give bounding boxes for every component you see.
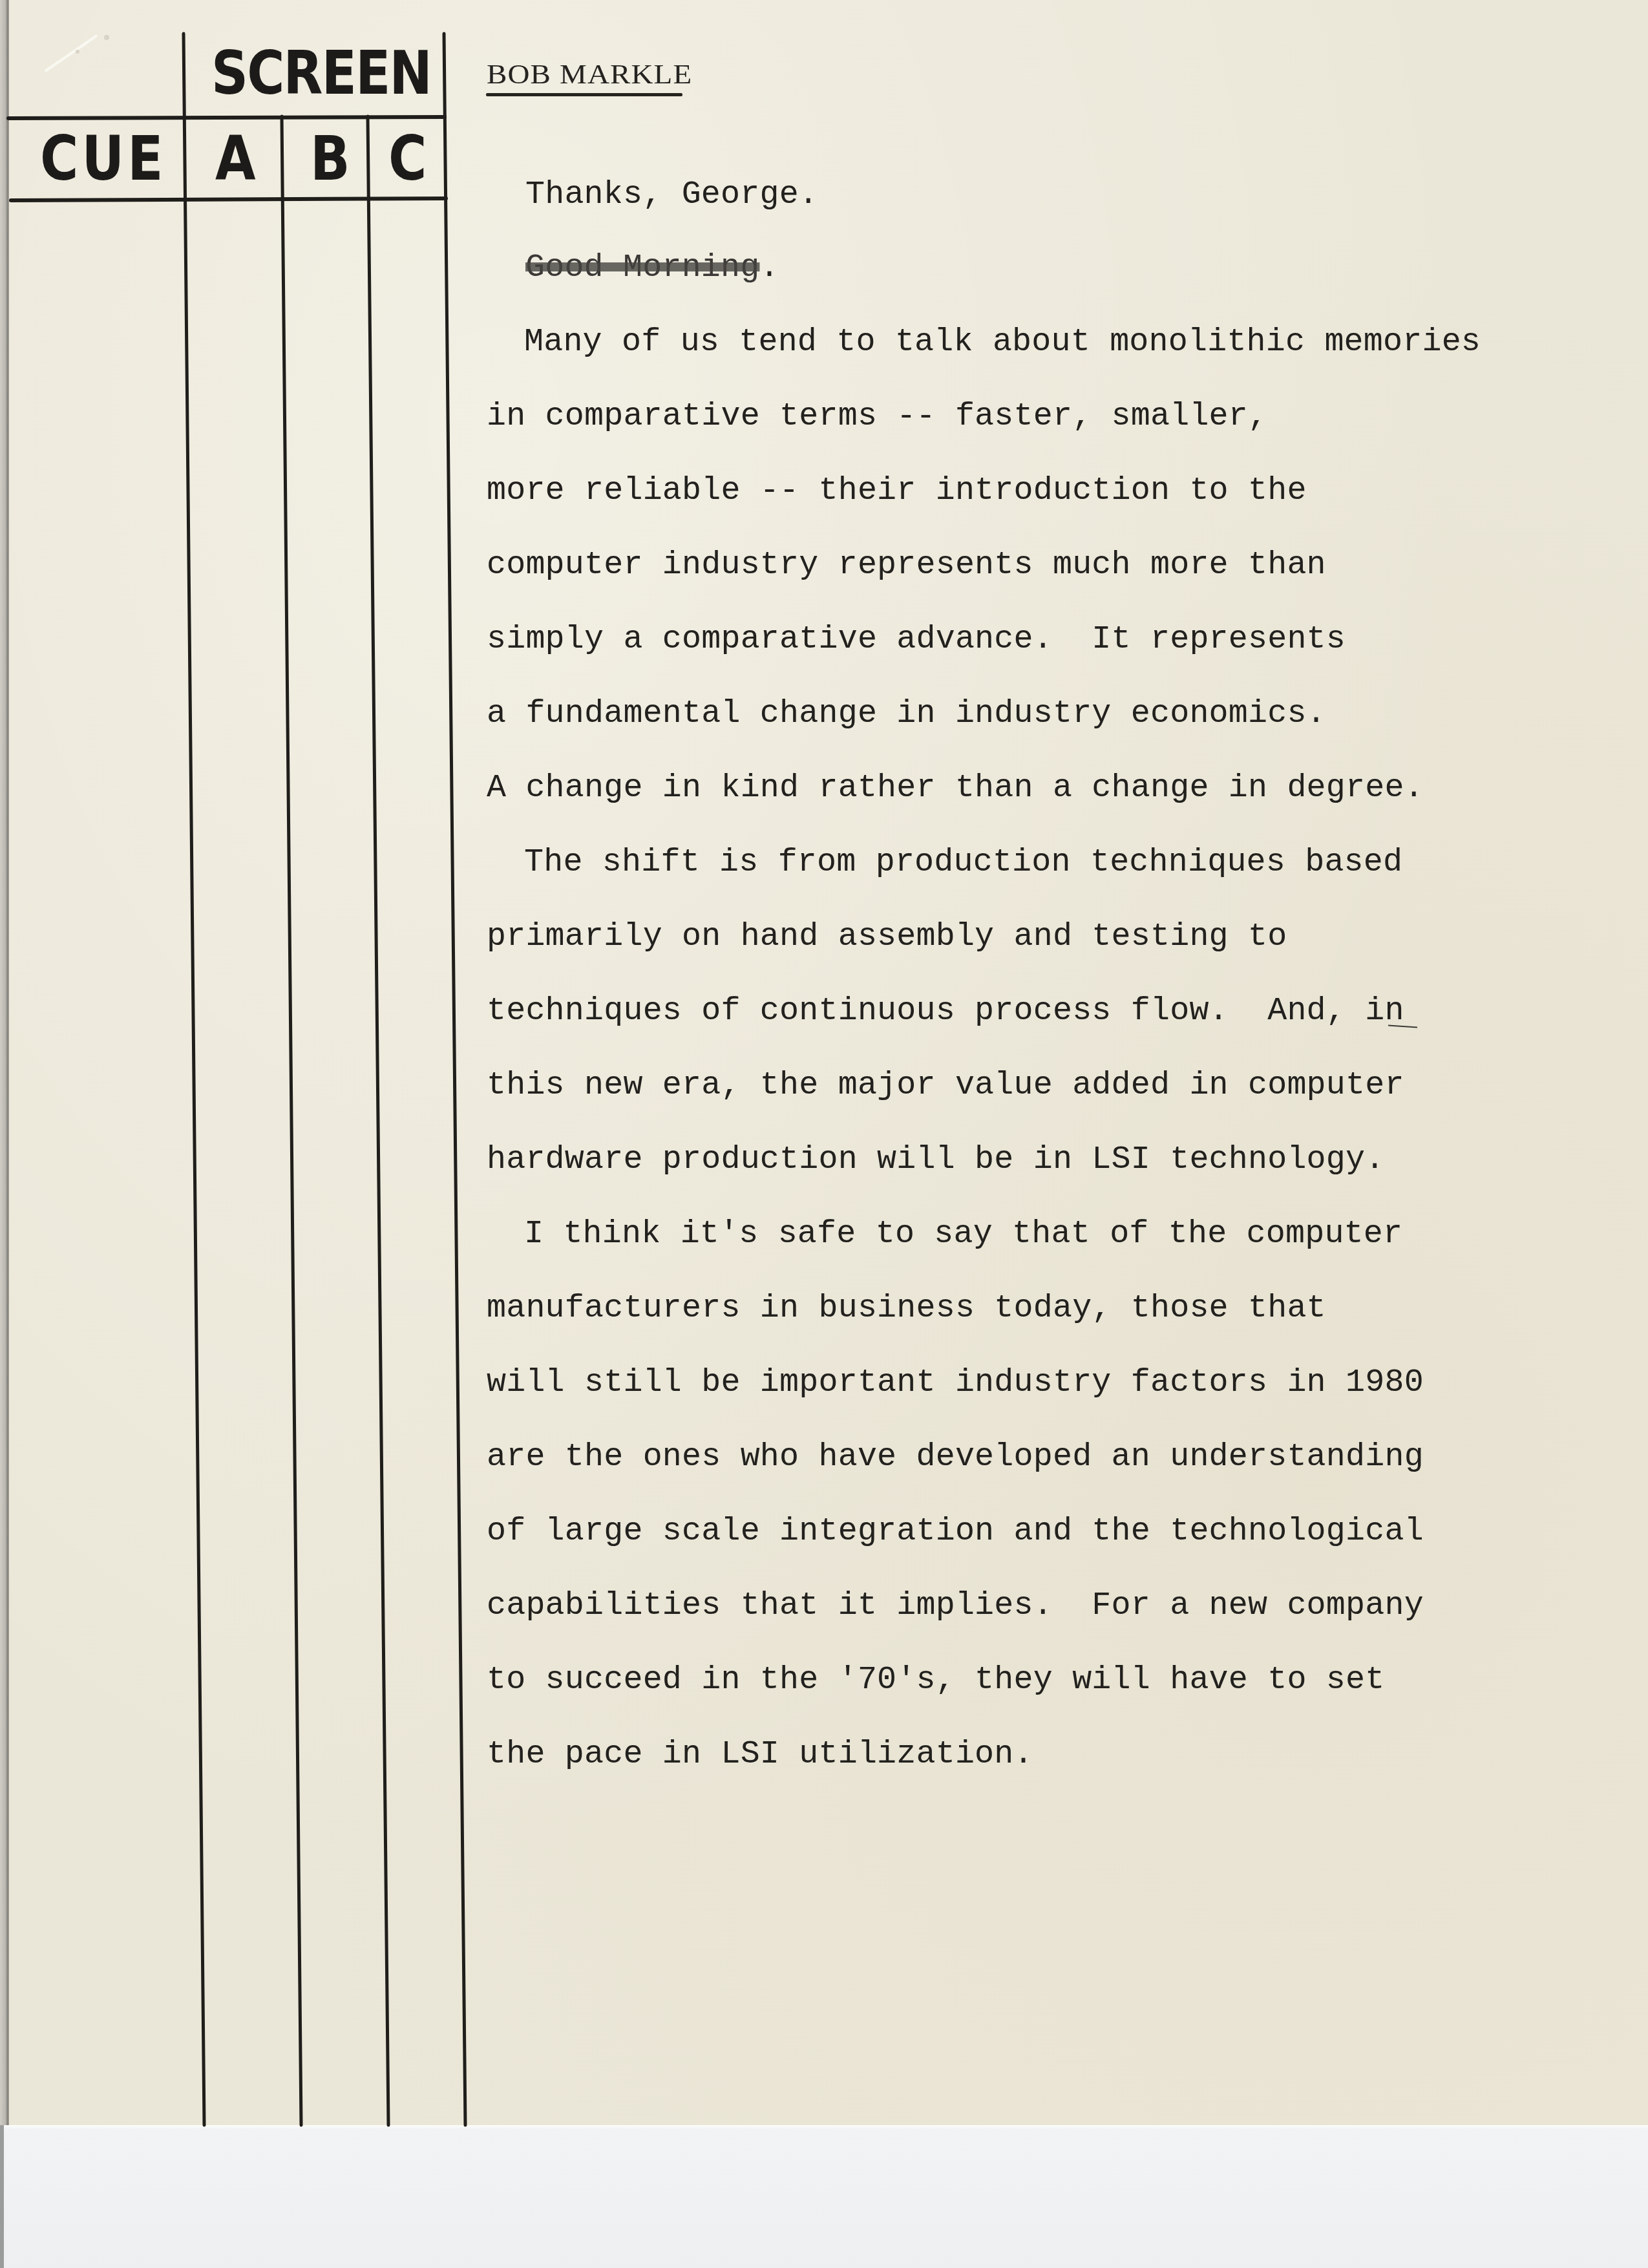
script-line: hardware production will be in LSI techn… <box>487 1144 1384 1176</box>
script-line: I think it's safe to say that of the com… <box>524 1218 1402 1251</box>
screen-column-a-header: A <box>215 129 257 190</box>
speaker-underline <box>486 93 682 96</box>
script-line-struck: Good Morning. <box>525 252 779 284</box>
script-line: of large scale integration and the techn… <box>487 1516 1424 1548</box>
grid-line-header-bottom <box>11 198 446 200</box>
script-line: a fundamental change in industry economi… <box>487 698 1326 730</box>
script-line: capabilities that it implies. For a new … <box>487 1590 1424 1622</box>
staple-mark-decoration <box>45 35 109 71</box>
grid-line-b-c <box>368 116 388 2125</box>
grid-line-screen-right <box>444 34 465 2125</box>
script-line: simply a comparative advance. It represe… <box>487 624 1346 656</box>
script-line: Many of us tend to talk about monolithic… <box>524 326 1481 359</box>
script-line: computer industry represents much more t… <box>487 549 1326 582</box>
script-line: A change in kind rather than a change in… <box>487 772 1424 805</box>
script-line: more reliable -- their introduction to t… <box>487 475 1307 507</box>
script-line: primarily on hand assembly and testing t… <box>487 921 1287 953</box>
script-line: techniques of continuous process flow. A… <box>487 995 1404 1028</box>
grid-line-a-b <box>282 116 301 2125</box>
struck-text: Good Morning <box>525 249 759 286</box>
grid-line-cue-a <box>184 34 204 2125</box>
script-line: The shift is from production techniques … <box>524 847 1402 879</box>
speaker-name: BOB MARKLE <box>487 61 692 89</box>
script-line: to succeed in the '70's, they will have … <box>487 1664 1384 1697</box>
script-line: will still be important industry factors… <box>487 1367 1424 1399</box>
script-line: are the ones who have developed an under… <box>487 1441 1424 1474</box>
struck-suffix: . <box>759 249 779 286</box>
script-line: manufacturers in business today, those t… <box>487 1293 1326 1325</box>
script-line: this new era, the major value added in c… <box>487 1070 1404 1102</box>
grid-line-header-top <box>8 117 445 118</box>
cue-column-header: CUE <box>40 129 167 190</box>
script-line: Thanks, George. <box>525 179 818 211</box>
script-line: the pace in LSI utilization. <box>487 1739 1033 1771</box>
screen-column-header: SCREEN <box>211 44 431 103</box>
screen-column-c-header: C <box>388 129 428 190</box>
script-line: in comparative terms -- faster, smaller, <box>487 401 1267 433</box>
screen-column-b-header: B <box>310 129 351 190</box>
